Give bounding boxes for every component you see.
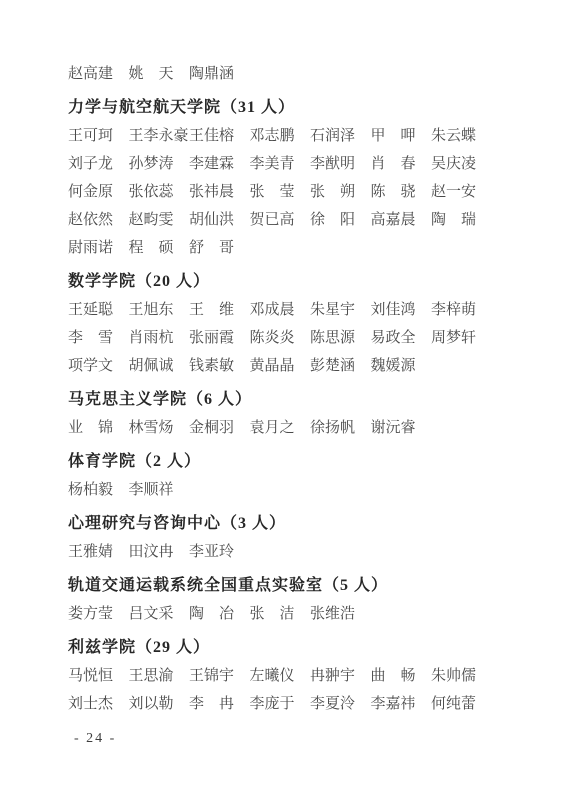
names-row: 赵依然赵畇雯胡仙洪贺已高徐 阳高嘉晨陶 瑞 [68, 206, 498, 234]
person-name: 魏媛源 [371, 352, 432, 380]
names-row: 王雅婧田汶冉李亚玲 [68, 538, 498, 566]
person-name: 邓成晨 [250, 296, 311, 324]
person-name: 张 洁 [250, 600, 311, 628]
person-name: 袁月之 [250, 414, 311, 442]
section-title: 轨道交通运载系统全国重点实验室（5 人） [68, 572, 498, 600]
person-name: 胡佩诚 [129, 352, 190, 380]
department-section: 数学学院（20 人）王延聪王旭东王 维邓成晨朱星宇刘佳鸿李梓萌李 雪肖雨杭张丽霞… [68, 268, 498, 380]
person-name: 杨柏毅 [68, 476, 129, 504]
person-name: 曲 畅 [371, 662, 432, 690]
document-page: 赵高建姚 天陶鼎涵 力学与航空航天学院（31 人）王可珂王李永豪王佳榕邓志鹏石润… [0, 0, 565, 800]
person-name: 朱云蝶 [431, 122, 492, 150]
person-name: 甲 呷 [371, 122, 432, 150]
person-name: 李庞于 [250, 690, 311, 718]
person-name: 张维浩 [310, 600, 371, 628]
department-section: 体育学院（2 人）杨柏毅李顺祥 [68, 448, 498, 504]
person-name: 谢沅睿 [371, 414, 432, 442]
person-name: 贺已高 [250, 206, 311, 234]
department-section: 马克思主义学院（6 人）业 锦林雪炀金桐羽袁月之徐扬帆谢沅睿 [68, 386, 498, 442]
leading-names-row: 赵高建姚 天陶鼎涵 [68, 60, 498, 88]
person-name: 李 雪 [68, 324, 129, 352]
person-name: 王佳榕 [189, 122, 250, 150]
person-name: 李夏泠 [310, 690, 371, 718]
person-name: 何纯蕾 [431, 690, 492, 718]
person-name: 赵高建 [68, 60, 129, 88]
person-name: 肖 春 [371, 150, 432, 178]
person-name: 邓志鹏 [250, 122, 311, 150]
person-name: 赵一安 [431, 178, 492, 206]
person-name: 李梓萌 [431, 296, 492, 324]
department-section: 力学与航空航天学院（31 人）王可珂王李永豪王佳榕邓志鹏石润泽甲 呷朱云蝶刘子龙… [68, 94, 498, 262]
person-name: 徐扬帆 [310, 414, 371, 442]
person-name: 业 锦 [68, 414, 129, 442]
sections-container: 力学与航空航天学院（31 人）王可珂王李永豪王佳榕邓志鹏石润泽甲 呷朱云蝶刘子龙… [68, 94, 498, 718]
section-title: 体育学院（2 人） [68, 448, 498, 476]
section-title: 利兹学院（29 人） [68, 634, 498, 662]
person-name: 刘以勒 [129, 690, 190, 718]
person-name: 彭楚涵 [310, 352, 371, 380]
person-name: 刘佳鸿 [371, 296, 432, 324]
person-name: 李亚玲 [189, 538, 250, 566]
person-name: 李 冉 [189, 690, 250, 718]
person-name: 王雅婧 [68, 538, 129, 566]
names-row: 马悦恒王思渝王锦宇左曦仪冉翀宇曲 畅朱帅儒 [68, 662, 498, 690]
person-name: 张丽霞 [189, 324, 250, 352]
person-name: 王 维 [189, 296, 250, 324]
person-name: 左曦仪 [250, 662, 311, 690]
person-name: 田汶冉 [129, 538, 190, 566]
person-name: 舒 哥 [189, 234, 250, 262]
person-name: 王旭东 [129, 296, 190, 324]
person-name: 陶 瑞 [431, 206, 492, 234]
person-name: 娄方莹 [68, 600, 129, 628]
person-name: 钱素敏 [189, 352, 250, 380]
names-row: 何金原张依蕊张祎晨张 莹张 朔陈 骁赵一安 [68, 178, 498, 206]
section-title: 数学学院（20 人） [68, 268, 498, 296]
person-name: 赵畇雯 [129, 206, 190, 234]
person-name: 李美青 [250, 150, 311, 178]
person-name: 吴庆凌 [431, 150, 492, 178]
names-row: 王可珂王李永豪王佳榕邓志鹏石润泽甲 呷朱云蝶 [68, 122, 498, 150]
person-name: 姚 天 [129, 60, 190, 88]
section-title: 力学与航空航天学院（31 人） [68, 94, 498, 122]
person-name: 胡仙洪 [189, 206, 250, 234]
names-row: 业 锦林雪炀金桐羽袁月之徐扬帆谢沅睿 [68, 414, 498, 442]
person-name: 李顺祥 [129, 476, 190, 504]
department-section: 利兹学院（29 人）马悦恒王思渝王锦宇左曦仪冉翀宇曲 畅朱帅儒刘士杰刘以勒李 冉… [68, 634, 498, 718]
person-name: 孙梦涛 [129, 150, 190, 178]
person-name: 王锦宇 [189, 662, 250, 690]
person-name: 冉翀宇 [310, 662, 371, 690]
person-name: 陈思源 [310, 324, 371, 352]
names-row: 王延聪王旭东王 维邓成晨朱星宇刘佳鸿李梓萌 [68, 296, 498, 324]
person-name: 赵依然 [68, 206, 129, 234]
person-name: 陈 骁 [371, 178, 432, 206]
person-name: 李建霖 [189, 150, 250, 178]
person-name: 王可珂 [68, 122, 129, 150]
person-name: 朱帅儒 [431, 662, 492, 690]
person-name: 何金原 [68, 178, 129, 206]
document-content: 赵高建姚 天陶鼎涵 力学与航空航天学院（31 人）王可珂王李永豪王佳榕邓志鹏石润… [68, 60, 498, 718]
person-name: 陶鼎涵 [189, 60, 250, 88]
names-row: 娄方莹吕文采陶 冶张 洁张维浩 [68, 600, 498, 628]
department-section: 心理研究与咨询中心（3 人）王雅婧田汶冉李亚玲 [68, 510, 498, 566]
person-name: 刘子龙 [68, 150, 129, 178]
person-name: 易政全 [371, 324, 432, 352]
person-name: 张 莹 [250, 178, 311, 206]
person-name: 项学文 [68, 352, 129, 380]
names-row: 项学文胡佩诚钱素敏黄晶晶彭楚涵魏媛源 [68, 352, 498, 380]
person-name: 程 硕 [129, 234, 190, 262]
section-title: 马克思主义学院（6 人） [68, 386, 498, 414]
person-name: 张祎晨 [189, 178, 250, 206]
person-name: 吕文采 [129, 600, 190, 628]
person-name: 陶 冶 [189, 600, 250, 628]
names-row: 尉雨诺程 硕舒 哥 [68, 234, 498, 262]
person-name: 王李永豪 [129, 122, 190, 150]
person-name: 刘士杰 [68, 690, 129, 718]
person-name: 黄晶晶 [250, 352, 311, 380]
section-title: 心理研究与咨询中心（3 人） [68, 510, 498, 538]
person-name: 马悦恒 [68, 662, 129, 690]
person-name: 肖雨杭 [129, 324, 190, 352]
names-row: 杨柏毅李顺祥 [68, 476, 498, 504]
person-name: 张依蕊 [129, 178, 190, 206]
person-name: 石润泽 [310, 122, 371, 150]
person-name: 李猷明 [310, 150, 371, 178]
person-name: 张 朔 [310, 178, 371, 206]
person-name: 王延聪 [68, 296, 129, 324]
person-name: 朱星宇 [310, 296, 371, 324]
person-name: 高嘉晨 [371, 206, 432, 234]
department-section: 轨道交通运载系统全国重点实验室（5 人）娄方莹吕文采陶 冶张 洁张维浩 [68, 572, 498, 628]
person-name: 徐 阳 [310, 206, 371, 234]
person-name: 陈炎炎 [250, 324, 311, 352]
person-name: 金桐羽 [189, 414, 250, 442]
names-row: 赵高建姚 天陶鼎涵 [68, 60, 498, 88]
person-name: 王思渝 [129, 662, 190, 690]
person-name: 林雪炀 [129, 414, 190, 442]
person-name: 尉雨诺 [68, 234, 129, 262]
names-row: 刘士杰刘以勒李 冉李庞于李夏泠李嘉祎何纯蕾 [68, 690, 498, 718]
names-row: 刘子龙孙梦涛李建霖李美青李猷明肖 春吴庆凌 [68, 150, 498, 178]
person-name: 周梦轩 [431, 324, 492, 352]
person-name: 李嘉祎 [371, 690, 432, 718]
names-row: 李 雪肖雨杭张丽霞陈炎炎陈思源易政全周梦轩 [68, 324, 498, 352]
footer-page-number: - 24 - [74, 731, 116, 747]
